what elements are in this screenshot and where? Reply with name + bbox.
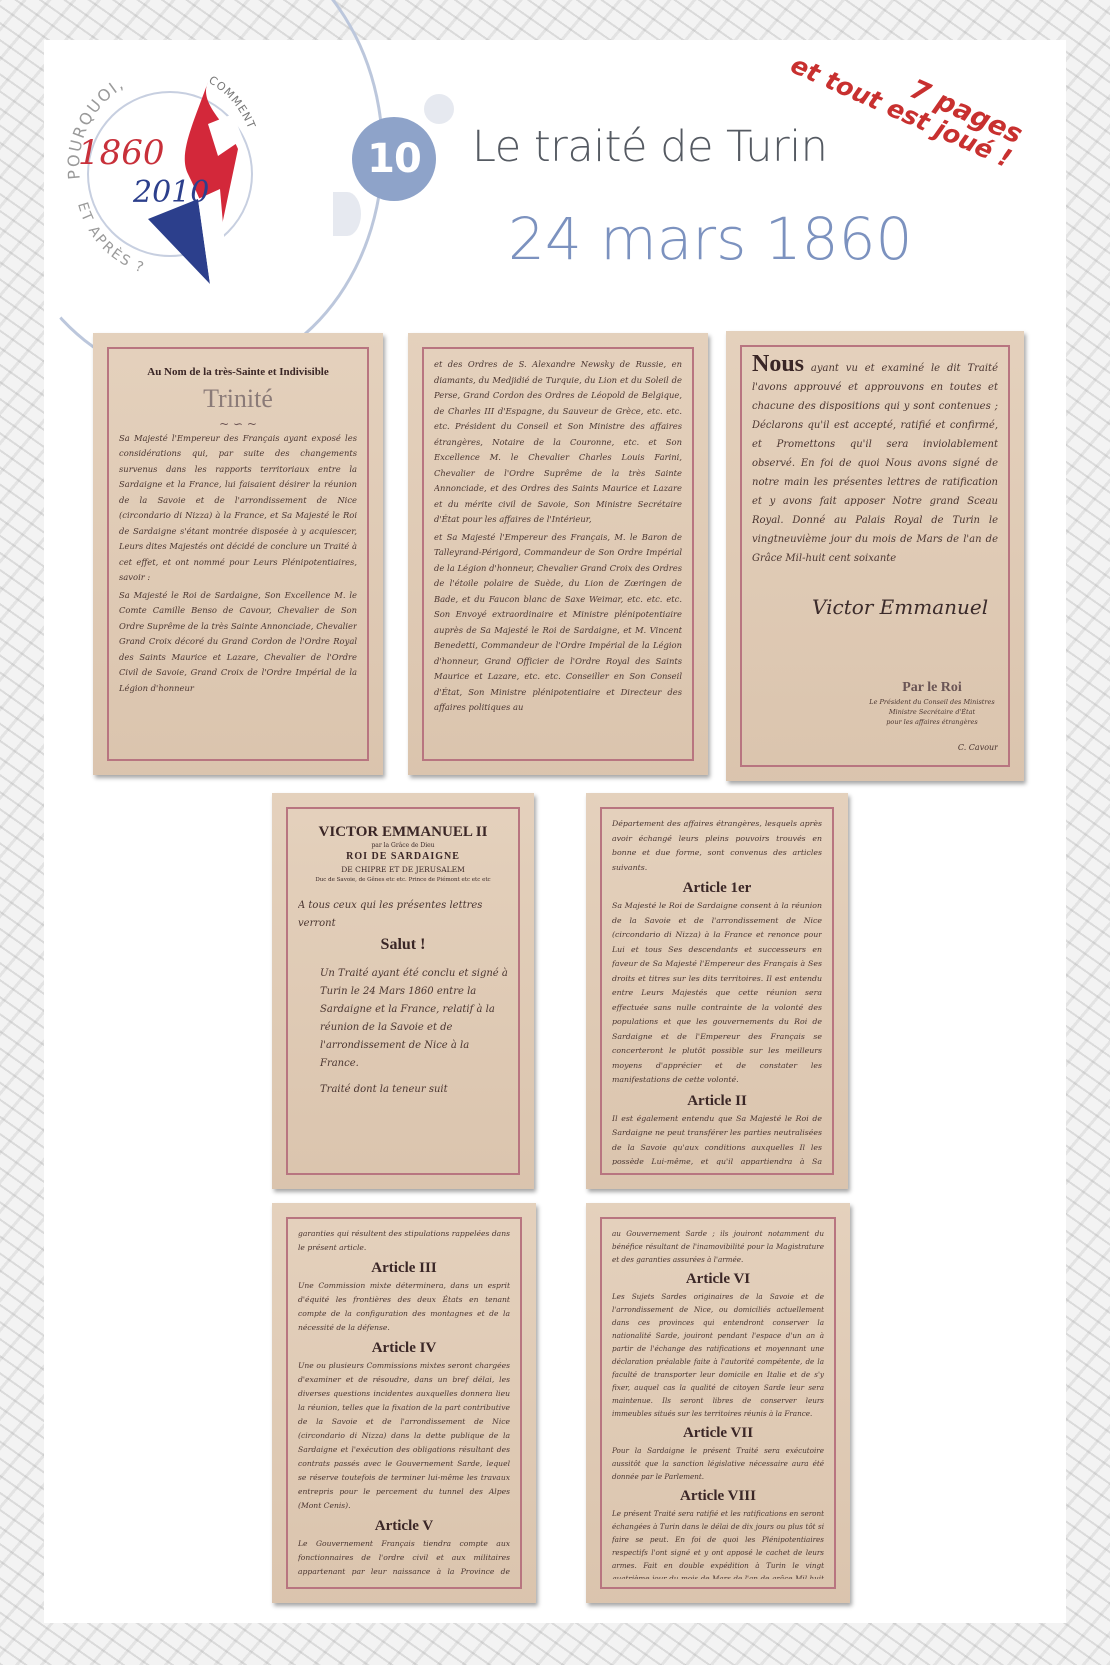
article-heading: Article VIII bbox=[612, 1485, 824, 1507]
paragraph: au Gouvernement Sarde ; ils jouiront not… bbox=[612, 1227, 824, 1266]
nous-initial: Nous bbox=[752, 355, 804, 377]
paragraph: Traité dont la teneur suit bbox=[298, 1081, 508, 1099]
treaty-page-1: Au Nom de la très-Sainte et Indivisible … bbox=[93, 333, 383, 775]
king-title-2: DE CHIPRE ET DE JERUSALEM bbox=[298, 864, 508, 875]
article-text: Une ou plusieurs Commissions mixtes sero… bbox=[298, 1359, 510, 1513]
article-heading: Article IV bbox=[298, 1337, 510, 1359]
paragraph: Sa Majesté l'Empereur des Français ayant… bbox=[119, 431, 357, 586]
paragraph: garanties qui résultent des stipulations… bbox=[298, 1227, 510, 1255]
article-text: Il est également entendu que Sa Majesté … bbox=[612, 1112, 822, 1166]
countersign-line: pour les affaires étrangères bbox=[862, 717, 998, 727]
decorative-bubble bbox=[333, 192, 361, 236]
page-content: Au Nom de la très-Sainte et Indivisible … bbox=[119, 357, 357, 751]
logo: POURQUOI, COMMENT ET APRÈS ? 1860 2010 bbox=[58, 44, 283, 289]
countersign-title: Par le Roi bbox=[862, 678, 998, 697]
salut: Salut ! bbox=[298, 933, 508, 957]
greeting: A tous ceux qui les présentes lettres ve… bbox=[298, 897, 508, 933]
article-text: Les Sujets Sardes originaires de la Savo… bbox=[612, 1290, 824, 1420]
page-content: Nous ayant vu et examiné le dit Traité l… bbox=[752, 355, 998, 757]
treaty-page-3: Nous ayant vu et examiné le dit Traité l… bbox=[726, 331, 1024, 781]
article-text: Le Gouvernement Français tiendra compte … bbox=[298, 1537, 510, 1579]
paragraph: Département des affaires étrangères, les… bbox=[612, 817, 822, 875]
treaty-page-7: au Gouvernement Sarde ; ils jouiront not… bbox=[586, 1203, 850, 1603]
king-name: VICTOR EMMANUEL II bbox=[298, 823, 508, 841]
article-heading: Article VI bbox=[612, 1268, 824, 1290]
paragraph: et Sa Majesté l'Empereur des Français, M… bbox=[434, 530, 682, 716]
article-heading: Article 1er bbox=[612, 877, 822, 899]
treaty-page-4: VICTOR EMMANUEL II par la Grâce de Dieu … bbox=[272, 793, 534, 1189]
king-signature: Victor Emmanuel bbox=[812, 598, 998, 617]
countersign-name: C. Cavour bbox=[958, 738, 998, 757]
invocation-heading: Au Nom de la très-Sainte et Indivisible bbox=[119, 365, 357, 381]
by-grace-of-god: par la Grâce de Dieu bbox=[298, 841, 508, 850]
chapter-number-badge: 10 bbox=[352, 117, 436, 201]
treaty-page-6: garanties qui résultent des stipulations… bbox=[272, 1203, 536, 1603]
paragraph: Sa Majesté le Roi de Sardaigne, Son Exce… bbox=[119, 588, 357, 697]
article-heading: Article VII bbox=[612, 1422, 824, 1444]
article-heading: Article V bbox=[298, 1515, 510, 1537]
treaty-page-2: et des Ordres de S. Alexandre Newsky de … bbox=[408, 333, 708, 775]
page-content: Département des affaires étrangères, les… bbox=[612, 817, 822, 1165]
article-text: Sa Majesté le Roi de Sardaigne consent à… bbox=[612, 899, 822, 1088]
page-content: au Gouvernement Sarde ; ils jouiront not… bbox=[612, 1227, 824, 1579]
ratification-text: ayant vu et examiné le dit Traité l'avon… bbox=[752, 363, 998, 564]
paragraph: Un Traité ayant été conclu et signé à Tu… bbox=[298, 965, 508, 1073]
decorative-bubble bbox=[424, 94, 454, 124]
page-content: et des Ordres de S. Alexandre Newsky de … bbox=[434, 357, 682, 751]
article-heading: Article II bbox=[612, 1090, 822, 1112]
article-text: Une Commission mixte déterminera, dans u… bbox=[298, 1279, 510, 1335]
page-content: VICTOR EMMANUEL II par la Grâce de Dieu … bbox=[298, 817, 508, 1165]
countersign-line: Ministre Secrétaire d'État bbox=[862, 707, 998, 717]
treaty-page-5: Département des affaires étrangères, les… bbox=[586, 793, 848, 1189]
trinite-title: Trinité bbox=[119, 381, 357, 417]
flourish-icon: ~ ∽ ~ bbox=[119, 417, 357, 431]
article-heading: Article III bbox=[298, 1257, 510, 1279]
article-text: Le présent Traité sera ratifié et les ra… bbox=[612, 1507, 824, 1579]
treaty-date: 24 mars 1860 bbox=[508, 205, 912, 273]
article-text: Pour la Sardaigne le présent Traité sera… bbox=[612, 1444, 824, 1483]
king-title: ROI DE SARDAIGNE bbox=[298, 850, 508, 864]
countersign-line: Le Président du Conseil des Ministres bbox=[862, 697, 998, 707]
page-title: Le traité de Turin bbox=[472, 122, 827, 172]
page-content: garanties qui résultent des stipulations… bbox=[298, 1227, 510, 1579]
paragraph: et des Ordres de S. Alexandre Newsky de … bbox=[434, 357, 682, 528]
king-titles-3: Duc de Savoie, de Gênes etc etc. Prince … bbox=[298, 875, 508, 885]
